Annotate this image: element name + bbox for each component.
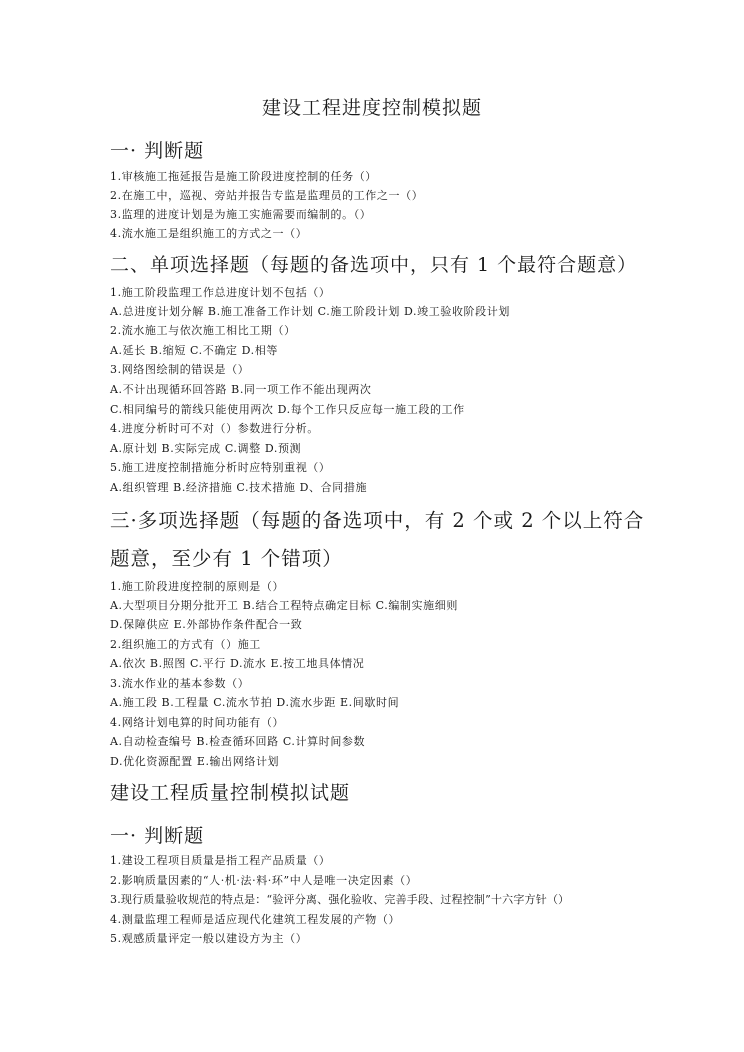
question-line: 2.组织施工的方式有（）施工	[110, 636, 261, 652]
section-heading-multi-choice-cont: 题意，至少有 1 个错项）	[110, 543, 343, 571]
question-line: 4.流水施工是组织施工的方式之一（）	[110, 225, 307, 241]
question-line: 2.在施工中，巡视、旁站并报告专监是监理员的工作之一（）	[110, 187, 423, 203]
question-line: 1.审核施工拖延报告是施工阶段进度控制的任务（）	[110, 168, 377, 184]
document-page: 建设工程进度控制模拟题 一· 判断题 1.审核施工拖延报告是施工阶段进度控制的任…	[0, 0, 744, 1052]
question-line: 2.流水施工与依次施工相比工期（）	[110, 322, 296, 338]
option-line: A.施工段 B.工程量 C.流水节拍 D.流水步距 E.间歇时间	[110, 694, 399, 710]
option-line: D.优化资源配置 E.输出网络计划	[110, 753, 279, 769]
option-line: A.大型项目分期分批开工 B.结合工程特点确定目标 C.编制实施细则	[110, 597, 458, 613]
option-line: A.总进度计划分解 B.施工准备工作计划 C.施工阶段计划 D.竣工验收阶段计划	[110, 303, 510, 319]
section-heading-multi-choice: 三·多项选择题（每题的备选项中，有 2 个或 2 个以上符合	[110, 505, 644, 533]
question-line: 1.施工阶段监理工作总进度计划不包括（）	[110, 284, 331, 300]
question-line: 1.建设工程项目质量是指工程产品质量（）	[110, 852, 331, 868]
section-heading-judgment: 一· 判断题	[110, 136, 204, 163]
option-line: A.组织管理 B.经济措施 C.技术措施 D、合同措施	[110, 479, 367, 495]
document-title: 建设工程进度控制模拟题	[0, 93, 744, 120]
option-line: D.保障供应 E.外部协作条件配合一致	[110, 616, 302, 632]
question-line: 3.流水作业的基本参数（）	[110, 675, 249, 691]
question-line: 2.影响质量因素的“人·机·法·料·环”中人是唯一决定因素（）	[110, 872, 417, 888]
question-line: 3.网络图绘制的错误是（）	[110, 361, 249, 377]
question-line: 4.进度分析时可不对（）参数进行分析。	[110, 420, 319, 436]
section-heading-judgment-2: 一· 判断题	[110, 821, 204, 848]
question-line: 1.施工阶段进度控制的原则是（）	[110, 578, 284, 594]
section-heading-single-choice: 二、单项选择题（每题的备选项中，只有 1 个最符合题意）	[110, 250, 637, 277]
second-document-title: 建设工程质量控制模拟试题	[110, 778, 350, 805]
question-line: 4.测量监理工程师是适应现代化建筑工程发展的产物（）	[110, 911, 400, 927]
option-line: A.依次 B.照图 C.平行 D.流水 E.按工地具体情况	[110, 655, 364, 671]
option-line: C.相同编号的箭线只能使用两次 D.每个工作只反应每一施工段的工作	[110, 401, 465, 417]
question-line: 5.施工进度控制措施分析时应特别重视（）	[110, 459, 331, 475]
option-line: A.原计划 B.实际完成 C.调整 D.预测	[110, 440, 301, 456]
question-line: 5.观感质量评定一般以建设方为主（）	[110, 930, 307, 946]
option-line: A.不计出现循环回答路 B.同一项工作不能出现两次	[110, 381, 372, 397]
option-line: A.自动检查编号 B.检查循环回路 C.计算时间参数	[110, 733, 365, 749]
question-line: 4.网络计划电算的时间功能有（）	[110, 714, 284, 730]
option-line: A.延长 B.缩短 C.不确定 D.相等	[110, 342, 278, 358]
question-line: 3.现行质量验收规范的特点是：“验评分离、强化验收、完善手段、过程控制”十六字方…	[110, 891, 569, 907]
question-line: 3.监理的进度计划是为施工实施需要而编制的。（）	[110, 206, 371, 222]
